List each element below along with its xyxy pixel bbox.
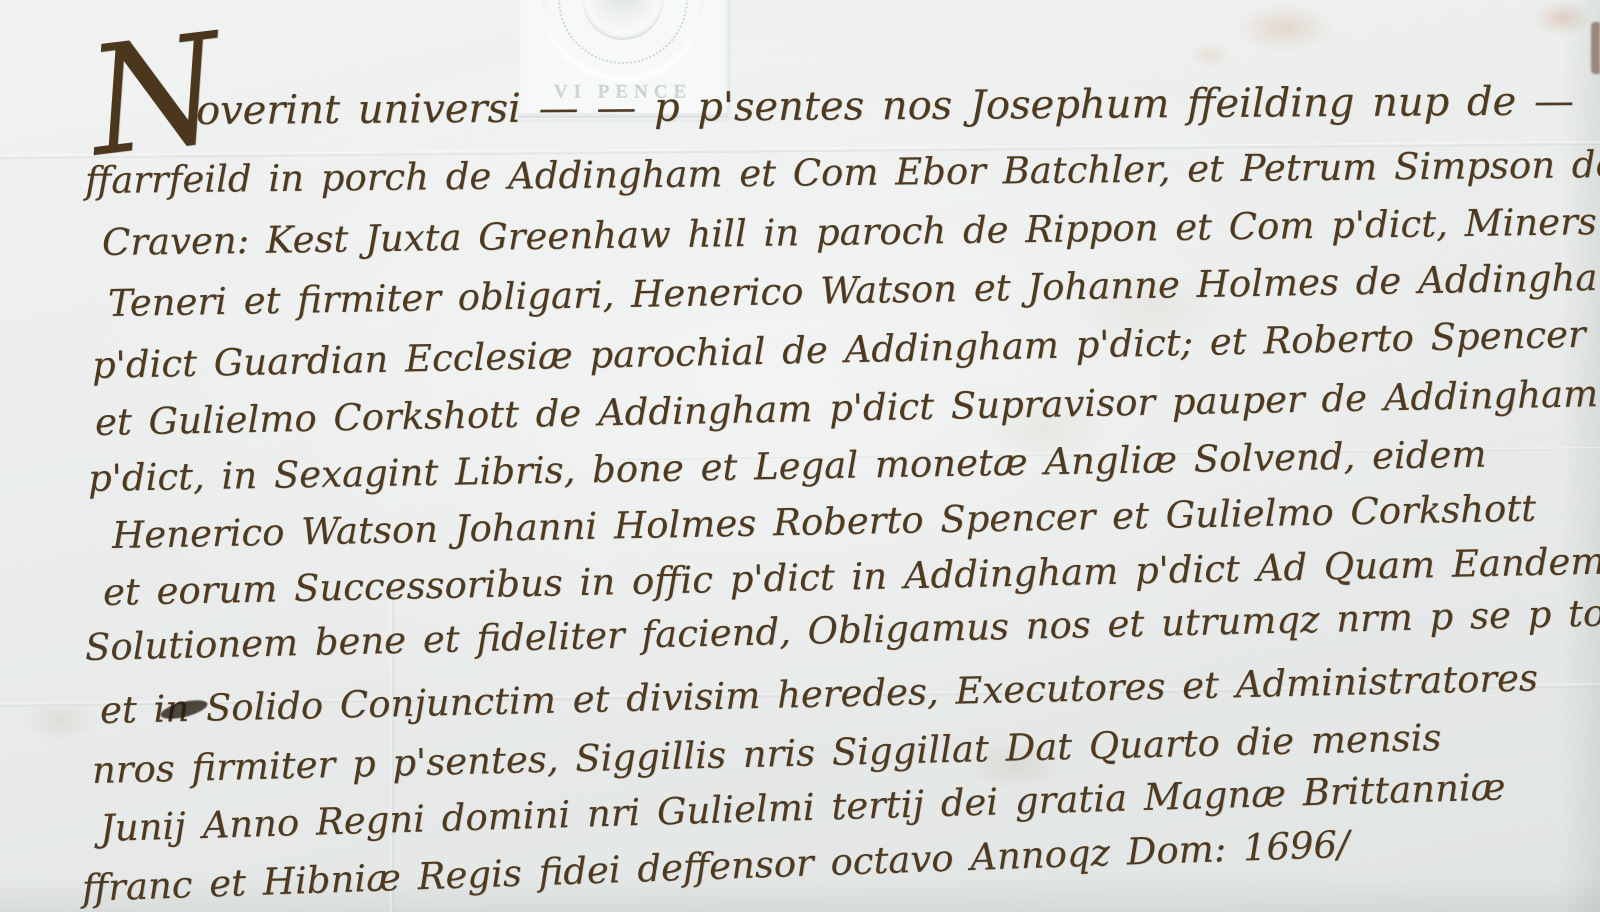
manuscript-line: overint universi — — p p'sentes nos Jose…: [196, 78, 1574, 134]
manuscript-page: VI PENCE N overint universi — — p p'sent…: [0, 0, 1600, 912]
manuscript-line: p'dict, in Sexagint Libris, bone et Lega…: [88, 434, 1487, 501]
manuscript-line: Teneri et firmiter obligari, Henerico Wa…: [108, 256, 1600, 325]
manuscript-line: ffarrfeild in porch de Addingham et Com …: [85, 144, 1600, 203]
paper-edge-mark: [1591, 22, 1600, 74]
manuscript-line: Craven: Kest Juxta Greenhaw hill in paro…: [102, 201, 1597, 264]
stamp-seal-circle: [542, 0, 704, 80]
